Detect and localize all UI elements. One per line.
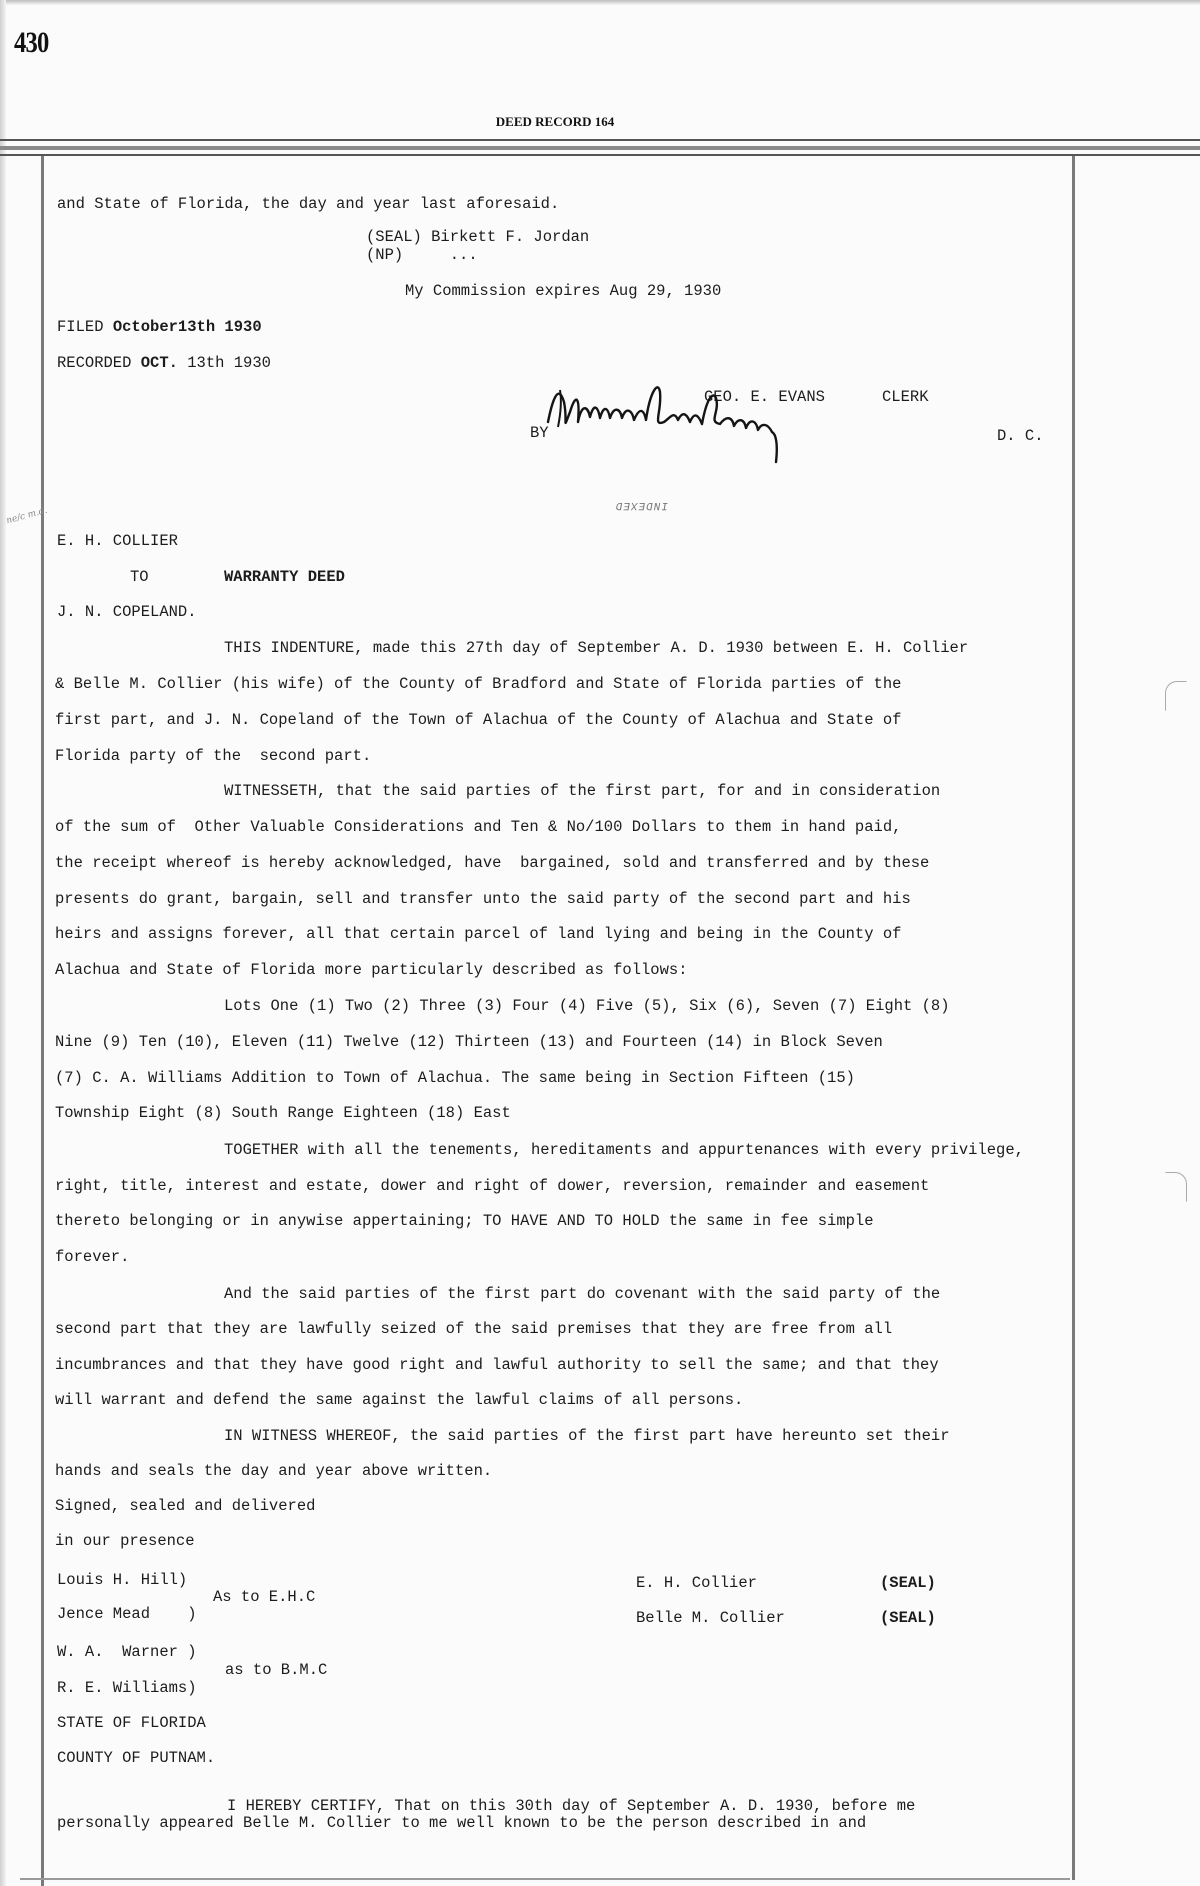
deputy-clerk-label: D. C. [997, 427, 1044, 445]
grantor-name: E. H. COLLIER [57, 532, 178, 550]
body-line: of the sum of Other Valuable Considerati… [55, 818, 901, 836]
page-bottom-edge [20, 1878, 1070, 1880]
signatory-name: E. H. Collier [636, 1574, 757, 1592]
recorded-entry: RECORDED OCT. 13th 1930 [57, 354, 271, 372]
body-line: IN WITNESS WHEREOF, the said parties of … [224, 1427, 950, 1445]
body-line: THIS INDENTURE, made this 27th day of Se… [224, 639, 968, 657]
indexed-stamp: INDEXED [614, 499, 669, 511]
witness-name: R. E. Williams) [57, 1679, 197, 1697]
body-line: in our presence [55, 1532, 195, 1550]
body-line: first part, and J. N. Copeland of the To… [55, 711, 901, 729]
deed-type: WARRANTY DEED [224, 568, 345, 586]
body-line: thereto belonging or in anywise appertai… [55, 1212, 874, 1230]
witness-name: Jence Mead ) [57, 1605, 197, 1623]
clerk-title: CLERK [882, 388, 929, 406]
body-line: will warrant and defend the same against… [55, 1391, 743, 1409]
margin-pencil-mark [1165, 1172, 1187, 1202]
legal-description-line: Nine (9) Ten (10), Eleven (11) Twelve (1… [55, 1033, 883, 1051]
header-rule-bottom [0, 154, 1200, 156]
body-line: And the said parties of the first part d… [224, 1285, 940, 1303]
body-line: second part that they are lawfully seize… [55, 1320, 892, 1338]
acknowledgment-state: STATE OF FLORIDA [57, 1714, 206, 1732]
body-line: Florida party of the second part. [55, 747, 371, 765]
signatory-seal: (SEAL) [880, 1609, 936, 1627]
body-line: forever. [55, 1248, 129, 1266]
page-number: 430 [14, 26, 48, 60]
recorded-month: OCT. [141, 354, 178, 372]
body-line: Signed, sealed and delivered [55, 1497, 315, 1515]
body-line: incumbrances and that they have good rig… [55, 1356, 939, 1374]
page-edge-left [0, 0, 6, 1886]
legal-description-line: Township Eight (8) South Range Eighteen … [55, 1104, 511, 1122]
body-line: Alachua and State of Florida more partic… [55, 961, 688, 979]
body-line: the receipt whereof is hereby acknowledg… [55, 854, 929, 872]
left-margin-line [41, 156, 44, 1886]
body-line: presents do grant, bargain, sell and tra… [55, 890, 911, 908]
witness-name: Louis H. Hill) [57, 1571, 187, 1589]
body-line: right, title, interest and estate, dower… [55, 1177, 929, 1195]
grantee-name: J. N. COPELAND. [57, 603, 197, 621]
right-margin-line [1072, 156, 1075, 1880]
body-line: hands and seals the day and year above w… [55, 1462, 492, 1480]
body-line: TOGETHER with all the tenements, heredit… [224, 1141, 1024, 1159]
body-line: WITNESSETH, that the said parties of the… [224, 782, 940, 800]
previous-deed-closing-line: and State of Florida, the day and year l… [57, 195, 559, 213]
body-line: heirs and assigns forever, all that cert… [55, 925, 901, 943]
acknowledgment-line: I HEREBY CERTIFY, That on this 30th day … [227, 1797, 915, 1815]
header-rule-top [0, 139, 1200, 141]
notary-seal-line: (SEAL) Birkett F. Jordan [366, 228, 589, 246]
filed-entry: FILED October13th 1930 [57, 318, 262, 336]
signatory-seal: (SEAL) [880, 1574, 936, 1592]
deputy-clerk-signature [540, 372, 860, 482]
notary-np-line: (NP) ... [366, 246, 478, 264]
header-rule-middle [0, 146, 1200, 150]
filed-label: FILED [57, 318, 113, 336]
acknowledgment-county: COUNTY OF PUTNAM. [57, 1749, 215, 1767]
to-label: TO [130, 568, 149, 586]
legal-description-line: Lots One (1) Two (2) Three (3) Four (4) … [224, 997, 950, 1015]
legal-description-line: (7) C. A. Williams Addition to Town of A… [55, 1069, 855, 1087]
recorded-date: 13th 1930 [178, 354, 271, 372]
witness-attestation-label: as to B.M.C [225, 1661, 327, 1679]
notary-commission-expiry: My Commission expires Aug 29, 1930 [405, 282, 721, 300]
page-edge-top [0, 0, 1200, 5]
signatory-name: Belle M. Collier [636, 1609, 785, 1627]
body-line: & Belle M. Collier (his wife) of the Cou… [55, 675, 901, 693]
margin-pencil-mark [1165, 681, 1187, 711]
acknowledgment-line: personally appeared Belle M. Collier to … [57, 1814, 866, 1832]
recorded-label: RECORDED [57, 354, 141, 372]
witness-name: W. A. Warner ) [57, 1643, 197, 1661]
witness-attestation-label: As to E.H.C [213, 1588, 315, 1606]
filed-date: October13th 1930 [113, 318, 262, 336]
record-book-title: DEED RECORD 164 [0, 114, 1110, 130]
